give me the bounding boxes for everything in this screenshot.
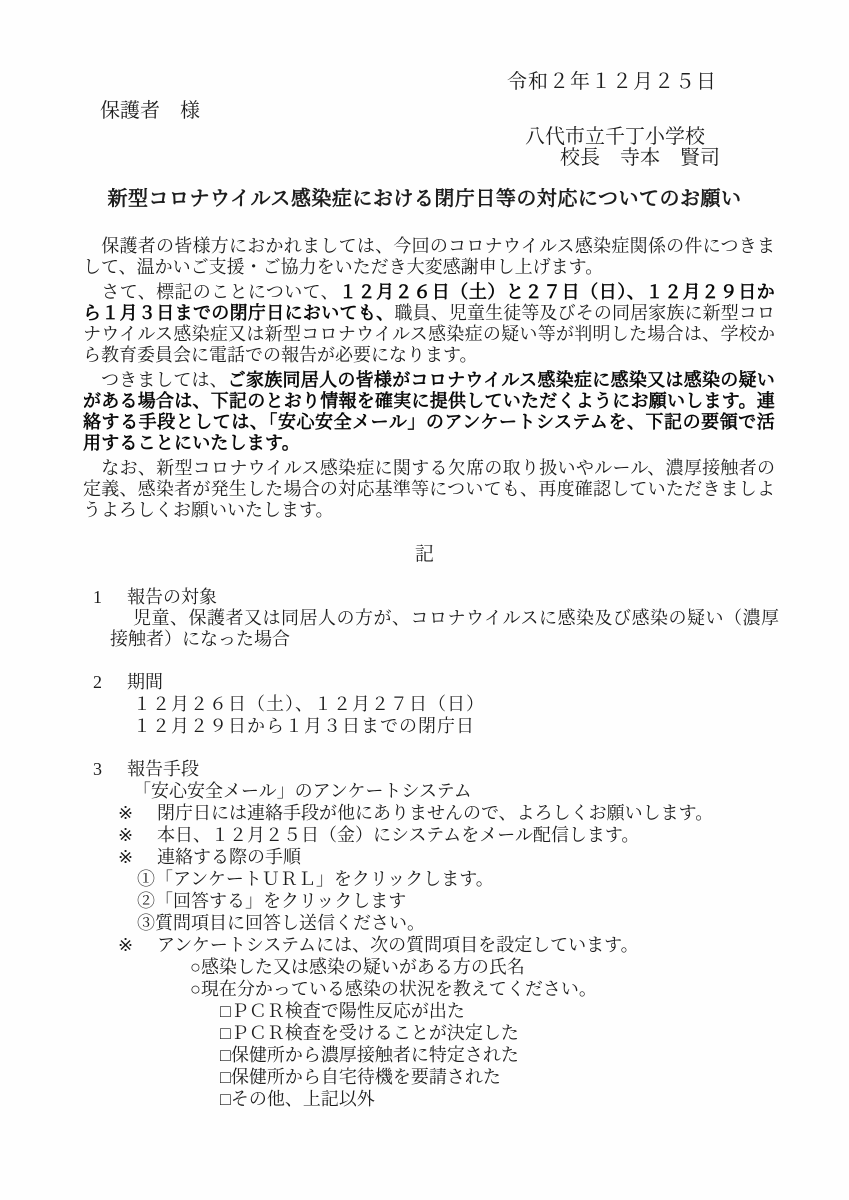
- note-text: 本日、１２月２５日（金）にシステムをメール配信します。: [157, 825, 639, 845]
- sender-school: 八代市立千丁小学校: [525, 127, 849, 147]
- note-item: ※連絡する際の手順: [118, 846, 849, 868]
- paragraph-text: つきましては、: [83, 370, 228, 390]
- section-heading-label: 報告の対象: [127, 587, 217, 607]
- section-heading-label: 報告手段: [127, 759, 199, 779]
- checkbox-icon: □: [220, 1067, 231, 1087]
- checkbox-text: 保健所から自宅待機を要請された: [231, 1067, 501, 1087]
- checkbox-icon: □: [220, 1023, 231, 1043]
- checkbox-text: ＰＣＲ検査を受けることが決定した: [231, 1023, 519, 1043]
- paragraph-closure-days: さて、標記のことについて、１２月２６日（土）と２７日（日）、１２月２９日から１月…: [83, 282, 775, 366]
- section-heading: 3報告手段: [93, 759, 849, 780]
- reference-mark-icon: ※: [118, 846, 157, 868]
- checkbox-icon: □: [220, 1089, 231, 1109]
- section-heading-label: 期間: [127, 672, 163, 692]
- step-item: ③質問項目に回答し送信ください。: [137, 912, 849, 934]
- step-item: ①「アンケートＵＲＬ」をクリックします。: [137, 868, 849, 890]
- note-item: ※本日、１２月２５日（金）にシステムをメール配信します。: [118, 824, 849, 846]
- checkbox-text: その他、上記以外: [231, 1089, 375, 1109]
- sender-principal: 校長 寺本 賢司: [560, 148, 849, 168]
- paragraph-text: なお、新型コロナウイルス感染症に関する欠席の取り扱いやルール、濃厚接触者の定義、…: [83, 458, 775, 520]
- checkbox-item: □保健所から濃厚接触者に特定された: [220, 1044, 849, 1066]
- section-heading: 2期間: [93, 672, 849, 693]
- circle-bullet-icon: ○: [190, 957, 201, 977]
- step-item: ②「回答する」をクリックします: [137, 890, 849, 912]
- itemized-sections: 1報告の対象 児童、保護者又は同居人の方が、コロナウイルスに感染及び感染の疑い（…: [0, 587, 849, 1110]
- question-text: 現在分かっている感染の状況を教えてください。: [201, 979, 597, 999]
- period-line: １２月２９日から１月３日までの閉庁日: [133, 715, 849, 737]
- method-line: 「安心安全メール」のアンケートシステム: [133, 780, 849, 802]
- section-number: 2: [93, 672, 127, 693]
- document-page: 令和２年１２月２５日 保護者 様 八代市立千丁小学校 校長 寺本 賢司 新型コロ…: [0, 0, 849, 1200]
- checkbox-item: □保健所から自宅待機を要請された: [220, 1066, 849, 1088]
- question-text: 感染した又は感染の疑いがある方の氏名: [201, 957, 525, 977]
- note-text: 閉庁日には連絡手段が他にありませんので、よろしくお願いします。: [157, 803, 713, 823]
- reference-mark-icon: ※: [118, 934, 157, 956]
- checkbox-text: ＰＣＲ検査で陽性反応が出た: [231, 1001, 465, 1021]
- note-text: アンケートシステムには、次の質問項目を設定しています。: [157, 935, 639, 955]
- checkbox-item: □ＰＣＲ検査で陽性反応が出た: [220, 1000, 849, 1022]
- body-text: 保護者の皆様方におかれましては、今回のコロナウイルス感染症関係の件につきまして、…: [83, 236, 775, 521]
- checkbox-item: □ＰＣＲ検査を受けることが決定した: [220, 1022, 849, 1044]
- section-report-target: 1報告の対象 児童、保護者又は同居人の方が、コロナウイルスに感染及び感染の疑い（…: [0, 587, 849, 650]
- section-report-method: 3報告手段 「安心安全メール」のアンケートシステム ※閉庁日には連絡手段が他にあ…: [0, 759, 849, 1110]
- note-item: ※閉庁日には連絡手段が他にありませんので、よろしくお願いします。: [118, 802, 849, 824]
- document-date: 令和２年１２月２５日: [0, 72, 849, 92]
- question-item: ○感染した又は感染の疑いがある方の氏名: [190, 956, 849, 978]
- checkbox-text: 保健所から濃厚接触者に特定された: [231, 1045, 519, 1065]
- section-period: 2期間 １２月２６日（土）、１２月２７日（日） １２月２９日から１月３日までの閉…: [0, 672, 849, 737]
- checkbox-icon: □: [220, 1045, 231, 1065]
- document-title: 新型コロナウイルス感染症における閉庁日等の対応についてのお願い: [0, 189, 849, 210]
- recipient: 保護者 様: [100, 101, 849, 121]
- paragraph-report-request: つきましては、ご家族同居人の皆様がコロナウイルス感染症に感染又は感染の疑いがある…: [83, 370, 775, 454]
- record-marker: 記: [0, 544, 849, 565]
- paragraph-text: さて、標記のことについて、: [83, 282, 339, 302]
- period-line: １２月２６日（土）、１２月２７日（日）: [133, 693, 849, 715]
- paragraph-greeting: 保護者の皆様方におかれましては、今回のコロナウイルス感染症関係の件につきまして、…: [83, 236, 775, 278]
- checkbox-icon: □: [220, 1001, 231, 1021]
- section-body: 児童、保護者又は同居人の方が、コロナウイルスに感染及び感染の疑い（濃厚接触者）に…: [110, 608, 779, 650]
- paragraph-text: 保護者の皆様方におかれましては、今回のコロナウイルス感染症関係の件につきまして、…: [83, 236, 775, 277]
- note-text: 連絡する際の手順: [157, 847, 301, 867]
- reference-mark-icon: ※: [118, 824, 157, 846]
- question-item: ○現在分かっている感染の状況を教えてください。: [190, 978, 849, 1000]
- reference-mark-icon: ※: [118, 802, 157, 824]
- paragraph-reconfirm: なお、新型コロナウイルス感染症に関する欠席の取り扱いやルール、濃厚接触者の定義、…: [83, 458, 775, 521]
- checkbox-item: □その他、上記以外: [220, 1088, 849, 1110]
- note-item: ※アンケートシステムには、次の質問項目を設定しています。: [118, 934, 849, 956]
- circle-bullet-icon: ○: [190, 979, 201, 999]
- section-heading: 1報告の対象: [93, 587, 849, 608]
- section-number: 1: [93, 587, 127, 608]
- section-number: 3: [93, 759, 127, 780]
